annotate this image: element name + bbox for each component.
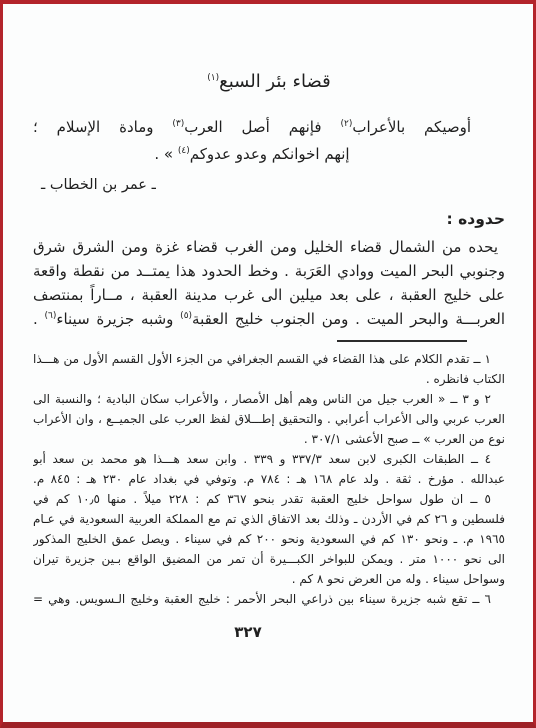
page-number: ٣٢٧ — [33, 622, 463, 642]
quote-attribution: ـ عمر بن الخطاب ـ — [41, 175, 505, 195]
quote-text-segment: أوصيكم بالأعراب — [352, 118, 471, 136]
body-line: على خليج العقبة ، على بعد ميلين الى غرب … — [33, 283, 505, 307]
footnotes-block: ١ ــ تقدم الكلام على هذا القضاء في القسم… — [33, 349, 505, 609]
footnote-line: وسواحل سيناء . وله من العرض نحو ٨ كم . — [33, 569, 505, 589]
footnote-line: ٢ و ٣ ــ « العرب جيل من الناس وهم أهل ال… — [33, 389, 505, 409]
body-text-segment: وشبه جزيرة سيناء — [56, 310, 180, 328]
footnote-ref-3: (٣) — [172, 119, 184, 129]
footnote-line: فلسطين و ٢٦ كم في الأردن ـ وذلك بعد الات… — [33, 509, 505, 529]
footnote-ref-2: (٢) — [340, 119, 352, 129]
body-paragraph: يحده من الشمال قضاء الخليل ومن الغرب قضا… — [33, 235, 505, 331]
quote-text-segment: » . — [154, 145, 177, 163]
chapter-title: قضاء بئر السبع(١) — [33, 68, 505, 96]
quote-line-1: أوصيكم بالأعراب(٢) فإنهم أصل العرب(٣) وم… — [33, 114, 471, 141]
chapter-title-text: قضاء بئر السبع — [219, 71, 331, 92]
book-page: قضاء بئر السبع(١) أوصيكم بالأعراب(٢) فإن… — [0, 0, 536, 728]
footnote-line: نوع من العرب » ــ صبح الأعشى ٣٠٧/١ . — [33, 429, 505, 449]
body-text-segment: . — [33, 310, 45, 328]
footnote-line: ٥ ــ ان طول سواحل خليج العقبة تقدر بنحو … — [33, 489, 505, 509]
quote-text-segment: ومادة الإسلام ؛ — [33, 118, 172, 136]
footnote-line: ١٩٦٥ م. ـ ونحو ١٣٠ كم في السعودية ونحو ٢… — [33, 529, 505, 549]
footnote-line: الى نحو ١٠٠٠ متر . ويمكن للبواخر الكبـــ… — [33, 549, 505, 569]
footnote-line: ٤ ــ الطبقات الكبرى لابن سعد ٣٣٧/٣ و ٣٣٩… — [33, 449, 505, 469]
footnote-line: العرب عربي والى الأعراب أعرابي . والتحقي… — [33, 409, 505, 429]
quote-line-2: إنهم اخوانكم وعدو عدوكم(٤) » . — [33, 141, 471, 168]
section-heading: حدوده : — [33, 208, 505, 230]
quote-text-segment: فإنهم أصل العرب — [184, 118, 340, 136]
body-line: وجنوبي البحر الميت ووادي العَرَبة . وخط … — [33, 259, 505, 283]
footnote-line: ٦ ــ تقع شبه جزيرة سيناء بين ذراعي البحر… — [33, 589, 505, 609]
footnote-ref-1-icon: (١) — [207, 73, 219, 83]
footnote-line: ١ ــ تقدم الكلام على هذا القضاء في القسم… — [33, 349, 505, 369]
quote-block: أوصيكم بالأعراب(٢) فإنهم أصل العرب(٣) وم… — [33, 114, 505, 168]
quote-text-segment: إنهم اخوانكم وعدو عدوكم — [190, 145, 350, 163]
footnote-divider-rule — [337, 340, 467, 342]
body-line: العربـــة والبحر الميت . ومن الجنوب خليج… — [33, 307, 505, 331]
footnote-line: عبدالله . مؤرخ . ثقة . ولد عام ١٦٨ هـ : … — [33, 469, 505, 489]
footnote-ref-6: (٦) — [45, 311, 57, 321]
footnote-ref-5: (٥) — [180, 311, 192, 321]
body-line: يحده من الشمال قضاء الخليل ومن الغرب قضا… — [33, 235, 505, 259]
footnote-ref-4: (٤) — [178, 146, 190, 156]
footnote-line: الكتاب فانظره . — [33, 369, 505, 389]
body-text-segment: العربـــة والبحر الميت . ومن الجنوب خليج… — [192, 310, 505, 328]
